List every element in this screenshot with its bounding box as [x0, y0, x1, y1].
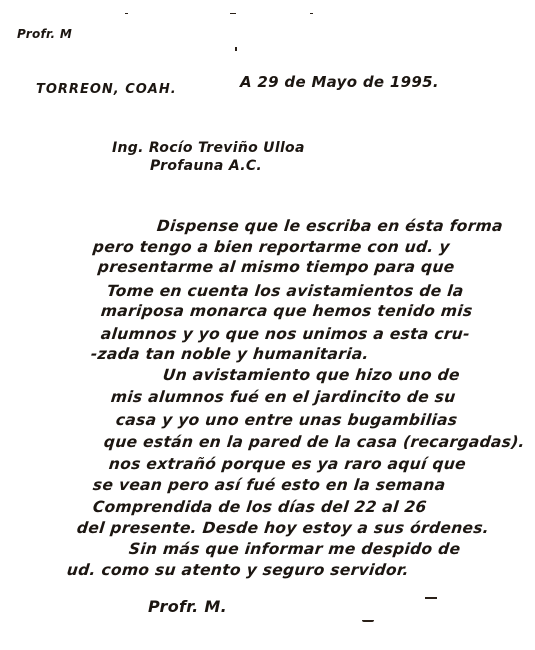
body-line: Dispense que le escriba en ésta forma — [156, 217, 504, 235]
scan-mark — [362, 620, 374, 622]
body-line: presentarme al mismo tiempo para que — [97, 258, 456, 276]
scan-mark — [230, 13, 236, 14]
body-line: mariposa monarca que hemos tenido mis — [100, 302, 473, 320]
body-line: Un avistamiento que hizo uno de — [162, 366, 461, 384]
body-line: pero tengo a bien reportarme con ud. y — [92, 238, 451, 256]
scan-mark — [235, 47, 237, 51]
body-line: casa y yo uno entre unas bugambilias — [115, 411, 458, 429]
body-line: ud. como su atento y seguro servidor. — [66, 561, 410, 579]
letter-page: Profr. M TORREON, COAH. A 29 de Mayo de … — [0, 0, 535, 650]
scan-mark — [125, 13, 128, 14]
date-line: A 29 de Mayo de 1995. — [240, 73, 439, 91]
body-line: Comprendida de los días del 22 al 26 — [92, 498, 428, 516]
scan-mark — [310, 13, 313, 14]
body-line: mis alumnos fué en el jardincito de su — [110, 388, 457, 406]
recipient-organization: Profauna A.C. — [150, 158, 262, 174]
recipient-name: Ing. Rocío Treviño Ulloa — [112, 140, 305, 156]
body-line: nos extrañó porque es ya raro aquí que — [108, 455, 467, 473]
body-line: que están en la pared de la casa (recarg… — [103, 433, 526, 451]
body-line: -zada tan noble y humanitaria. — [90, 345, 370, 363]
scan-mark — [425, 597, 437, 599]
body-line: se vean pero así fué esto en la semana — [92, 476, 446, 494]
body-line: Tome en cuenta los avistamientos de la — [106, 282, 465, 300]
header-name: Profr. M — [17, 27, 72, 41]
city-line: TORREON, COAH. — [36, 82, 177, 97]
signature: Profr. M. — [148, 597, 227, 616]
body-line: Sin más que informar me despido de — [128, 540, 461, 558]
body-line: del presente. Desde hoy estoy a sus órde… — [76, 519, 490, 537]
body-line: alumnos y yo que nos unimos a esta cru- — [100, 325, 471, 343]
